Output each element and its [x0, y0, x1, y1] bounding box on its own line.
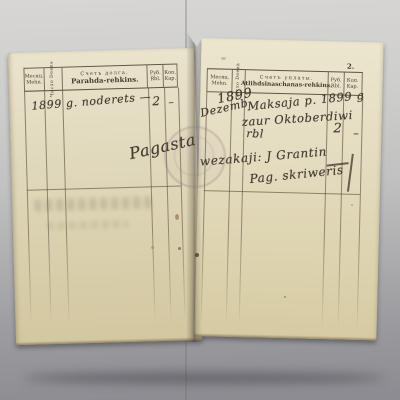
column-rule [226, 93, 233, 326]
booklet-drop-shadow [24, 372, 384, 384]
handwritten-kopeks-right: – [353, 127, 359, 140]
column-rule [24, 92, 32, 325]
column-rule [164, 88, 172, 321]
page-number: 2. [347, 62, 355, 71]
round-ink-stamp [164, 126, 226, 188]
right-col-month-header: Месяц. Mehn. [207, 69, 233, 92]
rubles-label-lv: Rbl. [331, 83, 341, 89]
month-label-lv: Mehn. [211, 80, 227, 87]
handwritten-clerk-signature: Pag. skriweris [249, 163, 344, 186]
handwritten-line3: rbl [246, 127, 264, 140]
stain-speck [351, 204, 353, 206]
stain-speck [151, 246, 154, 249]
stain-speck [221, 57, 226, 60]
left-page: Месяц. Mehn. Число Deena Счетъ долга. Pa… [8, 48, 202, 345]
right-page: 2. Месяц. Mehn. Число Deena Счетъ уплаты… [194, 38, 383, 340]
kopeks-label-lv: Kap. [164, 76, 176, 83]
rubles-label-lv: Rbl. [150, 76, 160, 83]
stain-speck [178, 247, 181, 250]
bleed-through-text-smudge [47, 220, 129, 230]
column-rule [178, 87, 186, 320]
left-col-account-header: Счетъ долга. Parahda-rehkins. [62, 65, 148, 89]
signature-flourish-stroke [347, 154, 353, 192]
handwritten-entry-left: 1899 g. noderets — [31, 90, 152, 113]
handwritten-rubles-right: 2 [333, 121, 342, 136]
page-stack-edge [16, 337, 202, 345]
bleed-through-text-smudge [34, 196, 152, 211]
left-table-header: Месяц. Mehn. Число Deena Счетъ долга. Pa… [23, 64, 178, 92]
row-divider-rule [204, 190, 360, 195]
stain-speck [195, 253, 199, 257]
left-col-rubles-header: Руб. Rbl. [148, 65, 164, 87]
stain-speck [284, 296, 286, 298]
column-rule [322, 95, 329, 328]
page-stack-edge [194, 333, 376, 340]
month-label-lv: Mehn. [26, 79, 42, 86]
debt-account-title-lv: Parahda-rehkins. [71, 75, 139, 86]
handwritten-rubles-left: 2 [152, 94, 161, 108]
payment-account-title-lv: Atlihdsinaschanas-rehkins. [241, 80, 333, 90]
stain-speck [175, 214, 179, 220]
stamp-inner-circle [174, 136, 214, 176]
day-label-rotated: Число Deena [50, 61, 57, 97]
right-col-account-header: Счетъ уплаты. Atlihdsinaschanas-rehkins. [245, 70, 329, 94]
open-booklet: Месяц. Mehn. Число Deena Счетъ долга. Pa… [10, 36, 382, 344]
handwritten-kopeks-left: – [168, 96, 174, 109]
left-col-day-header: Число Deena [44, 68, 63, 90]
left-col-kopeks-header: Коп. Kap. [163, 65, 177, 87]
left-col-month-header: Месяц. Mehn. [24, 68, 44, 91]
photo-of-open-ledger-booklet: Месяц. Mehn. Число Deena Счетъ долга. Pa… [0, 0, 400, 400]
row-divider-rule [27, 185, 181, 190]
